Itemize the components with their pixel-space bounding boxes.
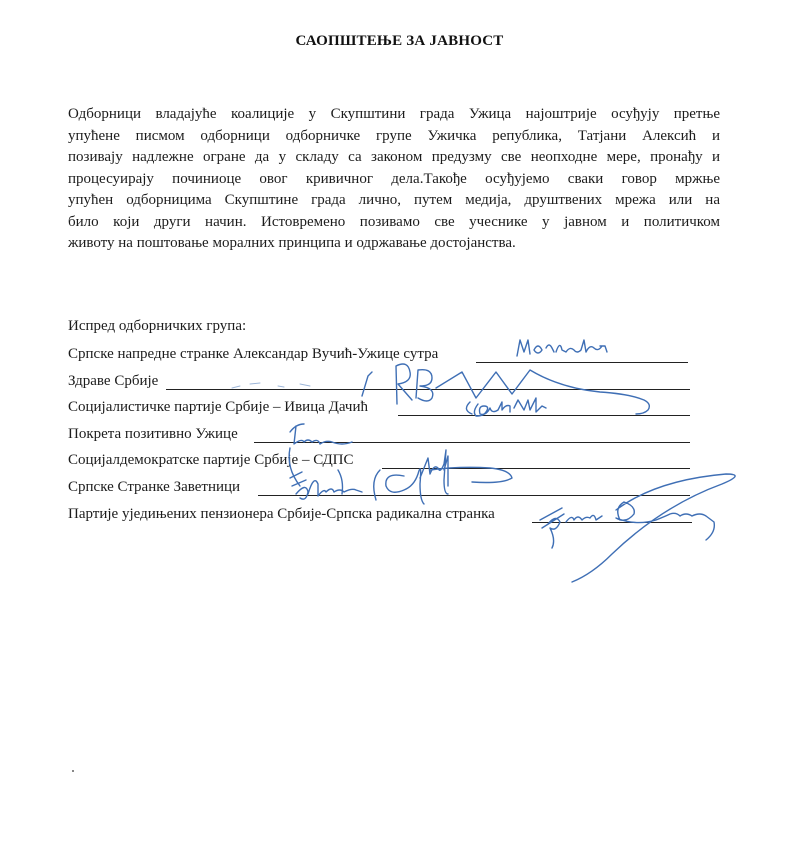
body-line: Одборници владајуће коалиције у Скупштин… xyxy=(68,104,720,126)
signatories-intro: Испред одборничких група: xyxy=(68,318,246,335)
signature-line xyxy=(382,468,690,469)
signatory-pups-srs: Партије уједињених пензионера Србије-Срп… xyxy=(68,506,495,523)
body-line: упућене писмом одборници одборничке груп… xyxy=(68,126,720,148)
body-line: процесуирају починиоце овог кривичног де… xyxy=(68,169,720,191)
signatory-label: Српске напредне странке Александар Вучић… xyxy=(68,346,438,362)
body-line: упућен одборницима Скупштине града лично… xyxy=(68,190,720,212)
statement-body: Одборници владајуће коалиције у Скупштин… xyxy=(68,104,720,255)
signature-line xyxy=(254,442,690,443)
signatory-label: Покрета позитивно Ужице xyxy=(68,426,238,442)
document-title: САОПШТЕЊЕ ЗА ЈАВНОСТ xyxy=(0,33,791,50)
signatory-zavetnici: Српске Странке Заветници xyxy=(68,479,240,496)
signature-sps xyxy=(466,398,546,416)
body-line: позивају надлежне огране да у складу са … xyxy=(68,147,720,169)
signatory-zdrave-srbije: Здраве Србије xyxy=(68,373,158,390)
signature-line xyxy=(258,495,690,496)
signature-line xyxy=(398,415,690,416)
body-line: животу на поштовање моралних принципа и … xyxy=(68,233,720,255)
signature-sns xyxy=(517,340,607,356)
signatory-label: Социјалдемократске партије Србије – СДПС xyxy=(68,452,354,468)
signature-line xyxy=(532,522,692,523)
signature-line xyxy=(166,389,690,390)
signatory-pokret-pozitivno-uzice: Покрета позитивно Ужице xyxy=(68,426,238,443)
signatory-label: Партије уједињених пензионера Србије-Срп… xyxy=(68,506,495,522)
signatory-sps: Социјалистичке партије Србије – Ивица Да… xyxy=(68,399,368,416)
body-line: било који други начин. Истовремено позив… xyxy=(68,212,720,234)
signatory-sns: Српске напредне странке Александар Вучић… xyxy=(68,346,438,363)
signatory-label: Здраве Србије xyxy=(68,373,158,389)
signatory-label: Српске Странке Заветници xyxy=(68,479,240,495)
signatory-sdps: Социјалдемократске партије Србије – СДПС xyxy=(68,452,354,469)
scan-speck xyxy=(72,770,74,772)
signature-line xyxy=(476,362,688,363)
signature-pups-srs xyxy=(540,474,735,582)
signatory-label: Социјалистичке партије Србије – Ивица Да… xyxy=(68,399,368,415)
